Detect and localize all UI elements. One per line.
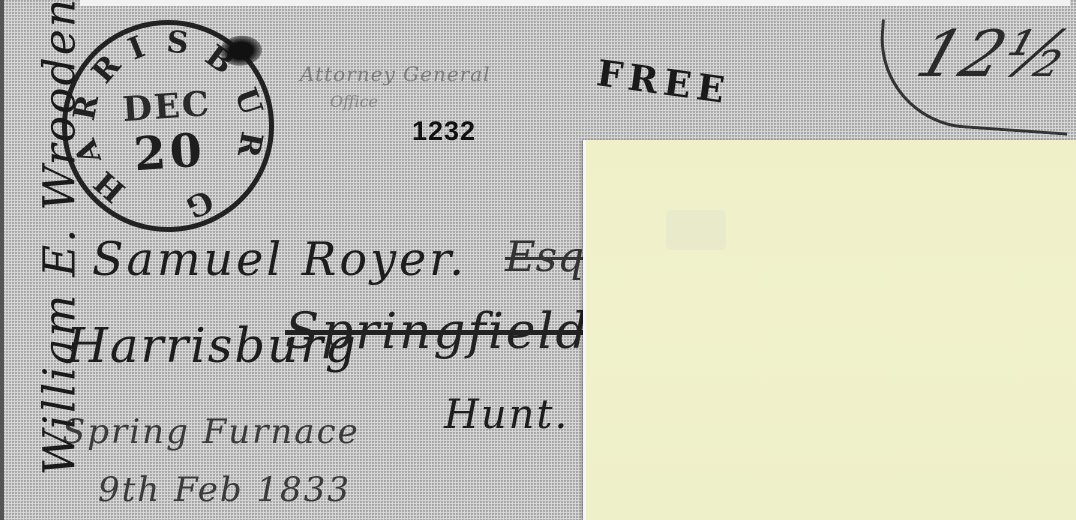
sticky-note-show-through — [666, 210, 726, 250]
sticky-note — [586, 140, 1076, 520]
side-signature: William E. Wroodenf — [35, 56, 86, 476]
faint-endorsement: Attorney General — [300, 62, 491, 86]
docket-date: 9th Feb 1833 — [98, 470, 351, 510]
faint-endorsement-sub: Office — [330, 92, 378, 111]
addressee-name: Samuel Royer. — [92, 232, 467, 286]
paper-left-edge — [0, 0, 4, 520]
struck-city: Springfield — [285, 302, 589, 360]
struck-title: Esq. — [505, 232, 597, 281]
free-frank-stamp: FREE — [594, 52, 733, 112]
rate-value: 12½ — [908, 18, 1076, 92]
docket-place: Spring Furnace — [62, 412, 360, 452]
postal-cover: H A R R I S B U R G DEC 20 Attorney Gene… — [0, 0, 1076, 520]
county: Hunt. — [444, 392, 569, 438]
manuscript-rate-marking: 12½ — [860, 4, 1076, 144]
catalog-number: 1232 — [412, 116, 476, 147]
circular-postmark: H A R R I S B U R G DEC 20 — [55, 13, 281, 239]
